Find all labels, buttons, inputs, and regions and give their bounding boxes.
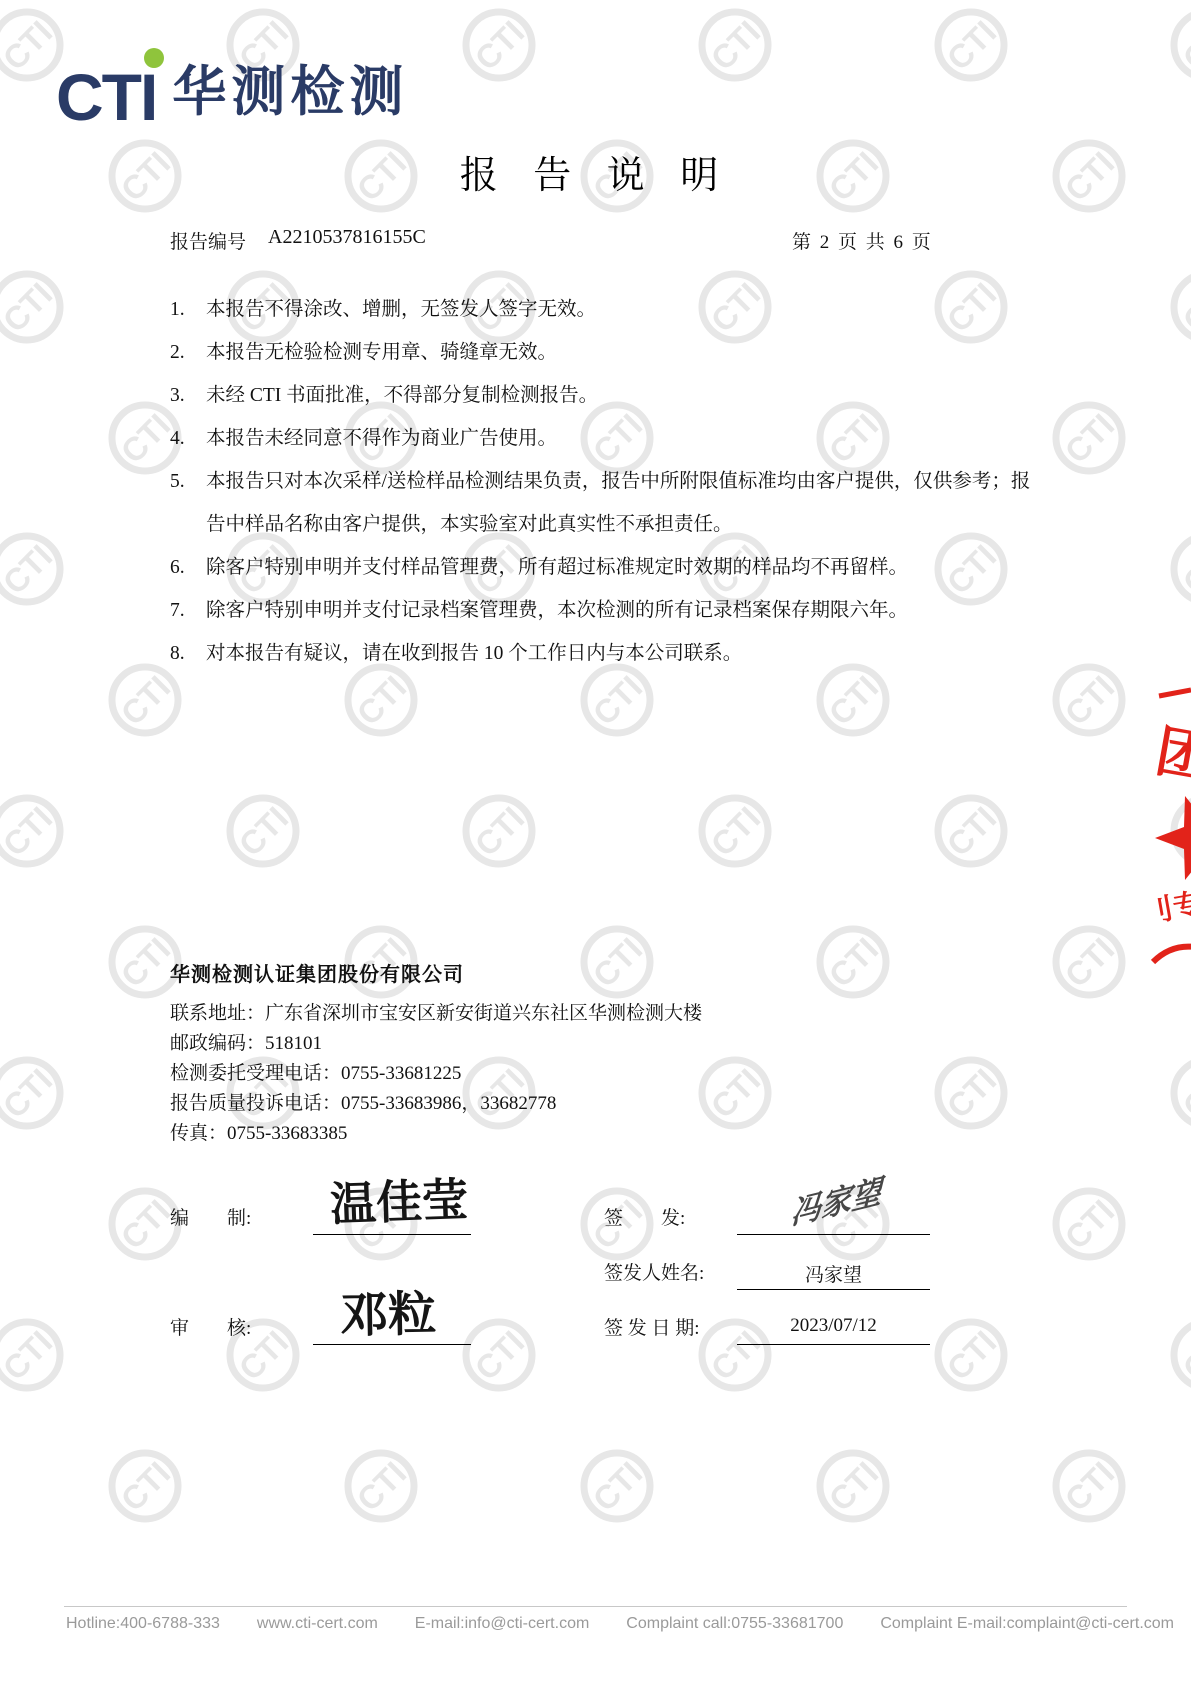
report-no-label: 报告编号 — [170, 227, 246, 254]
list-item-number: 4. — [170, 417, 206, 460]
cti-logo-chinese: 华测检测 — [172, 48, 408, 120]
list-item: 3. 未经 CTI 书面批准，不得部分复制检测报告。 — [170, 374, 1048, 417]
issuer-name-line — [737, 1289, 930, 1290]
prepared-by-label: 编 制: — [170, 1203, 251, 1230]
list-item-text: 本报告未经同意不得作为商业广告使用。 — [206, 417, 1048, 460]
cti-letters: CTI — [56, 60, 156, 134]
list-item: 7. 除客户特别申明并支付记录档案管理费，本次检测的所有记录档案保存期限六年。 — [170, 589, 1048, 632]
issuer-name-value: 冯家望 — [737, 1260, 930, 1287]
company-complaint-phone: 报告质量投诉电话：0755-33683986，33682778 — [170, 1089, 702, 1119]
seal-fragment-top-text: 团 — [1151, 721, 1191, 792]
list-item-text: 本报告无检验检测专用章、骑缝章无效。 — [206, 331, 1048, 374]
reviewed-by-label: 审 核: — [170, 1313, 251, 1340]
footer-website: www.cti-cert.com — [257, 1615, 378, 1633]
list-item-text: 除客户特别申明并支付样品管理费，所有超过标准规定时效期的样品均不再留样。 — [206, 546, 1048, 589]
report-notes-list: 1. 本报告不得涂改、增删，无签发人签字无效。 2. 本报告无检验检测专用章、骑… — [170, 288, 1048, 675]
list-item-number: 2. — [170, 331, 206, 374]
list-item-number: 5. — [170, 460, 206, 546]
footer-divider — [64, 1606, 1127, 1607]
page-title: 报 告 说 明 — [0, 144, 1191, 199]
reviewed-by-signature: 邓粒 — [339, 1275, 436, 1346]
footer-hotline: Hotline:400-6788-333 — [66, 1615, 220, 1633]
company-address: 联系地址：广东省深圳市宝安区新安街道兴东社区华测检测大楼 — [170, 999, 702, 1029]
list-item-text: 对本报告有疑议，请在收到报告 10 个工作日内与本公司联系。 — [206, 632, 1048, 675]
issued-by-signature-line — [737, 1234, 930, 1235]
issuer-name-label: 签发人姓名: — [604, 1258, 704, 1285]
company-name: 华测检测认证集团股份有限公司 — [170, 960, 702, 990]
footer-email: E-mail:info@cti-cert.com — [415, 1615, 590, 1633]
list-item-number: 7. — [170, 589, 206, 632]
list-item-number: 8. — [170, 632, 206, 675]
footer-contact-bar: Hotline:400-6788-333 www.cti-cert.com E-… — [66, 1615, 1146, 1633]
prepared-by-signature: 温佳莹 — [329, 1164, 469, 1235]
list-item-number: 1. — [170, 288, 206, 331]
prepared-by-signature-line — [313, 1234, 471, 1235]
cti-logo-text: CTI — [56, 48, 156, 130]
list-item-number: 6. — [170, 546, 206, 589]
list-item: 2. 本报告无检验检测专用章、骑缝章无效。 — [170, 331, 1048, 374]
company-fax: 传真：0755-33683385 — [170, 1119, 702, 1149]
report-no-value: A2210537816155C — [268, 226, 426, 249]
footer-complaint-call: Complaint call:0755-33681700 — [626, 1615, 843, 1633]
footer-complaint-email: Complaint E-mail:complaint@cti-cert.com — [880, 1615, 1174, 1633]
cti-logo: CTI 华测检测 — [56, 48, 408, 130]
list-item: 8. 对本报告有疑议，请在收到报告 10 个工作日内与本公司联系。 — [170, 632, 1048, 675]
list-item-text: 未经 CTI 书面批准，不得部分复制检测报告。 — [206, 374, 1048, 417]
reviewed-by-signature-line — [313, 1344, 471, 1345]
list-item: 4. 本报告未经同意不得作为商业广告使用。 — [170, 417, 1048, 460]
official-seal-fragment: 团 刂专 — [1141, 678, 1191, 970]
list-item: 5. 本报告只对本次采样/送检样品检测结果负责，报告中所附限值标准均由客户提供，… — [170, 460, 1048, 546]
list-item-text: 本报告只对本次采样/送检样品检测结果负责，报告中所附限值标准均由客户提供，仅供参… — [206, 460, 1048, 546]
list-item: 1. 本报告不得涂改、增删，无签发人签字无效。 — [170, 288, 1048, 331]
company-test-phone: 检测委托受理电话：0755-33681225 — [170, 1059, 702, 1089]
list-item-text: 除客户特别申明并支付记录档案管理费，本次检测的所有记录档案保存期限六年。 — [206, 589, 1048, 632]
cti-logo-dot-icon — [144, 48, 164, 68]
report-page: CTI CTI 华测检测 报 告 说 明 报告编号 A2210537816155… — [0, 0, 1191, 1684]
issue-date-line — [737, 1344, 930, 1345]
company-info-block: 华测检测认证集团股份有限公司 联系地址：广东省深圳市宝安区新安街道兴东社区华测检… — [170, 960, 702, 1149]
page-number-info: 第 2 页 共 6 页 — [792, 227, 933, 254]
issued-by-label: 签 发: — [604, 1203, 685, 1230]
list-item: 6. 除客户特别申明并支付样品管理费，所有超过标准规定时效期的样品均不再留样。 — [170, 546, 1048, 589]
list-item-text: 本报告不得涂改、增删，无签发人签字无效。 — [206, 288, 1048, 331]
company-postcode: 邮政编码：518101 — [170, 1029, 702, 1059]
list-item-number: 3. — [170, 374, 206, 417]
issue-date-value: 2023/07/12 — [737, 1315, 930, 1337]
issue-date-label: 签 发 日 期: — [604, 1313, 700, 1340]
seal-fragment-bottom-text: 刂专 — [1142, 886, 1191, 930]
seal-star-icon — [1155, 796, 1191, 880]
